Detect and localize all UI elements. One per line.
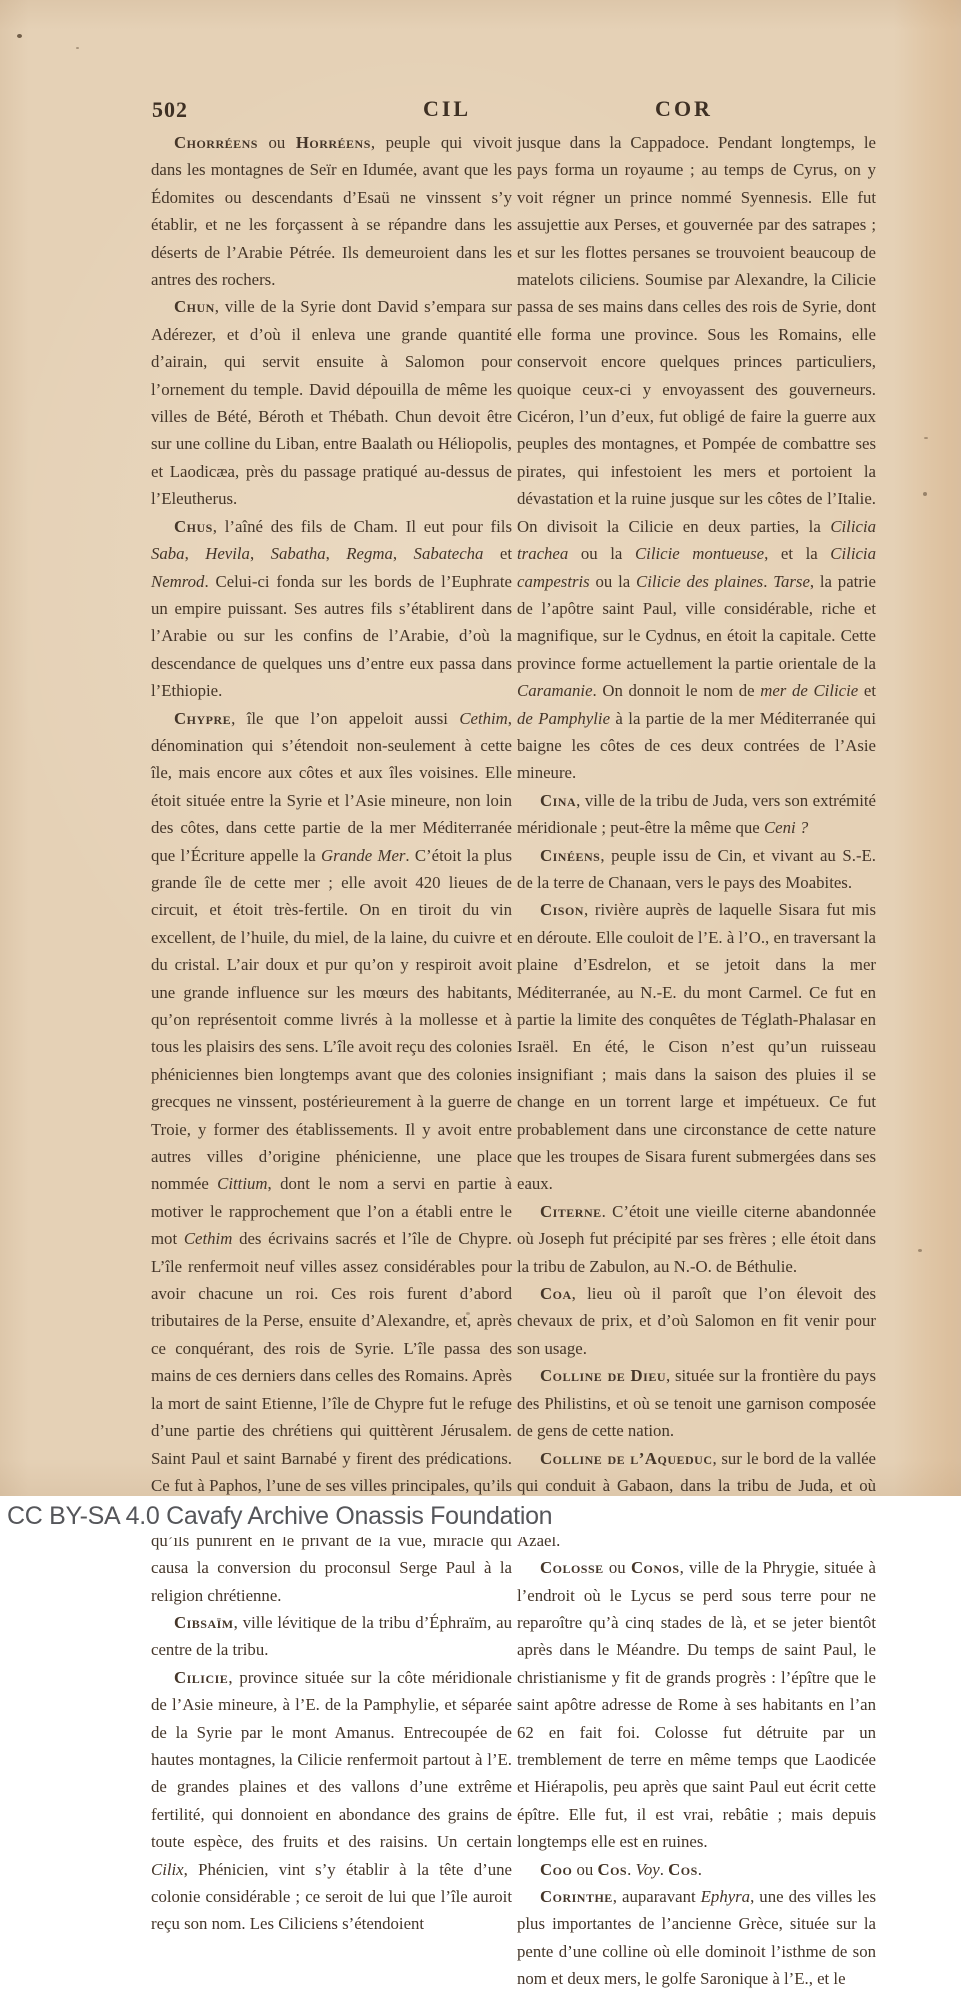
- entry-term: Horréens: [296, 133, 371, 152]
- italic-text: Sabatha: [271, 544, 326, 563]
- running-header-right: COR: [655, 96, 713, 122]
- paper-speck: [76, 47, 79, 49]
- entry-paragraph: Chus, l’aîné des fils de Cham. Il eut po…: [151, 513, 512, 705]
- entry-term: Colline de l’Aqueduc: [540, 1449, 713, 1468]
- italic-text: Nemrod: [151, 572, 204, 591]
- text-run: , et la: [764, 544, 830, 563]
- italic-text: Cilicie montueuse: [635, 544, 764, 563]
- entry-term: Chorréens: [174, 133, 258, 152]
- text-run: et: [858, 681, 876, 700]
- italic-text: mer de Cilicie: [760, 681, 858, 700]
- text-run: , lieu où il paroît que l’on élevoit des…: [517, 1284, 876, 1358]
- italic-text: Caramanie: [517, 681, 593, 700]
- text-run: , ville de la Syrie dont David s’empara …: [151, 297, 512, 508]
- text-run: . On donnoit le nom de: [593, 681, 761, 700]
- entry-paragraph: Chorréens ou Horréens, peuple qui vivoit…: [151, 129, 512, 293]
- text-run: ,: [185, 544, 206, 563]
- running-header-left: CIL: [423, 96, 471, 122]
- entry-paragraph: Colline de Dieu, située sur la frontière…: [517, 1362, 876, 1444]
- entry-term: Citerne: [540, 1202, 602, 1221]
- text-run: .: [763, 572, 773, 591]
- entry-term: Chus: [174, 517, 213, 536]
- italic-text: Cethim: [459, 709, 507, 728]
- entry-term: Cison: [540, 900, 584, 919]
- entry-paragraph: Citerne. C’étoit une vieille citerne aba…: [517, 1198, 876, 1280]
- book-page: 502 CIL COR Chorréens ou Horréens, peupl…: [0, 0, 961, 1496]
- italic-text: Saba: [151, 544, 185, 563]
- text-run: ,: [250, 544, 271, 563]
- text-run: ou: [258, 133, 296, 152]
- text-run: jusque dans la Cappadoce. Pendant longte…: [517, 133, 876, 536]
- entry-paragraph: Cison, rivière auprès de laquelle Sisara…: [517, 896, 876, 1197]
- page-number: 502: [152, 97, 188, 123]
- entry-paragraph: Cina, ville de la tribu de Juda, vers so…: [517, 787, 876, 842]
- italic-text: Grande Mer: [321, 846, 405, 865]
- entry-term: Colline de Dieu: [540, 1366, 666, 1385]
- text-run: , dénomination qui s’étendoit non-seulem…: [151, 709, 512, 865]
- column-left: Chorréens ou Horréens, peuple qui vivoit…: [151, 129, 512, 1537]
- paper-speck: [17, 34, 22, 38]
- italic-text: Regma: [346, 544, 393, 563]
- entry-term: Chun: [174, 297, 215, 316]
- italic-text: Tarse: [773, 572, 810, 591]
- license-text: CC BY-SA 4.0 Cavafy Archive Onassis Foun…: [7, 1502, 552, 1531]
- entry-term: Chypre: [174, 709, 231, 728]
- entry-term: Cina: [540, 791, 576, 810]
- column-right: jusque dans la Cappadoce. Pendant longte…: [517, 129, 876, 1537]
- italic-text: Sabatecha: [414, 544, 484, 563]
- italic-text: de Pamphylie: [517, 709, 610, 728]
- text-run: et: [483, 544, 512, 563]
- italic-text: Cilicie des plaines: [636, 572, 763, 591]
- entry-term: Cinéens: [540, 846, 600, 865]
- italic-text: Hevila: [205, 544, 250, 563]
- text-run: ou la: [568, 544, 635, 563]
- text-run: . C’étoit la plus grande île de cette me…: [151, 846, 512, 1194]
- paper-speck: [918, 1249, 922, 1252]
- entry-paragraph: Chypre, île que l’on appeloit aussi Ceth…: [151, 705, 512, 1537]
- paper-speck: [923, 492, 927, 496]
- entry-paragraph: Coa, lieu où il paroît que l’on élevoit …: [517, 1280, 876, 1362]
- text-run: , peuple qui vivoit dans les montagnes d…: [151, 133, 512, 289]
- italic-text: Cethim: [184, 1229, 232, 1248]
- text-run: ,: [393, 544, 414, 563]
- text-run: , rivière auprès de laquelle Sisara fut …: [517, 900, 876, 1193]
- entry-paragraph: Chun, ville de la Syrie dont David s’emp…: [151, 293, 512, 512]
- text-run: des écrivains sacrés et l’île de Chypre.…: [151, 1229, 512, 1537]
- entry-term: Coa: [540, 1284, 572, 1303]
- text-run: ou la: [590, 572, 636, 591]
- paper-speck: [924, 437, 928, 439]
- italic-text: Cittium: [217, 1174, 267, 1193]
- text-run: , l’aîné des fils de Cham. Il eut pour f…: [213, 517, 512, 536]
- text-run: , île que l’on appeloit aussi: [231, 709, 459, 728]
- text-run: . Celui-ci fonda sur les bords de l’Euph…: [151, 572, 512, 701]
- italic-text: Ceni ?: [764, 818, 808, 837]
- license-footer: CC BY-SA 4.0 Cavafy Archive Onassis Foun…: [0, 1496, 961, 1537]
- entry-paragraph: Cinéens, peuple issu de Cin, et vivant a…: [517, 842, 876, 897]
- entry-paragraph: jusque dans la Cappadoce. Pendant longte…: [517, 129, 876, 787]
- text-run: ,: [326, 544, 347, 563]
